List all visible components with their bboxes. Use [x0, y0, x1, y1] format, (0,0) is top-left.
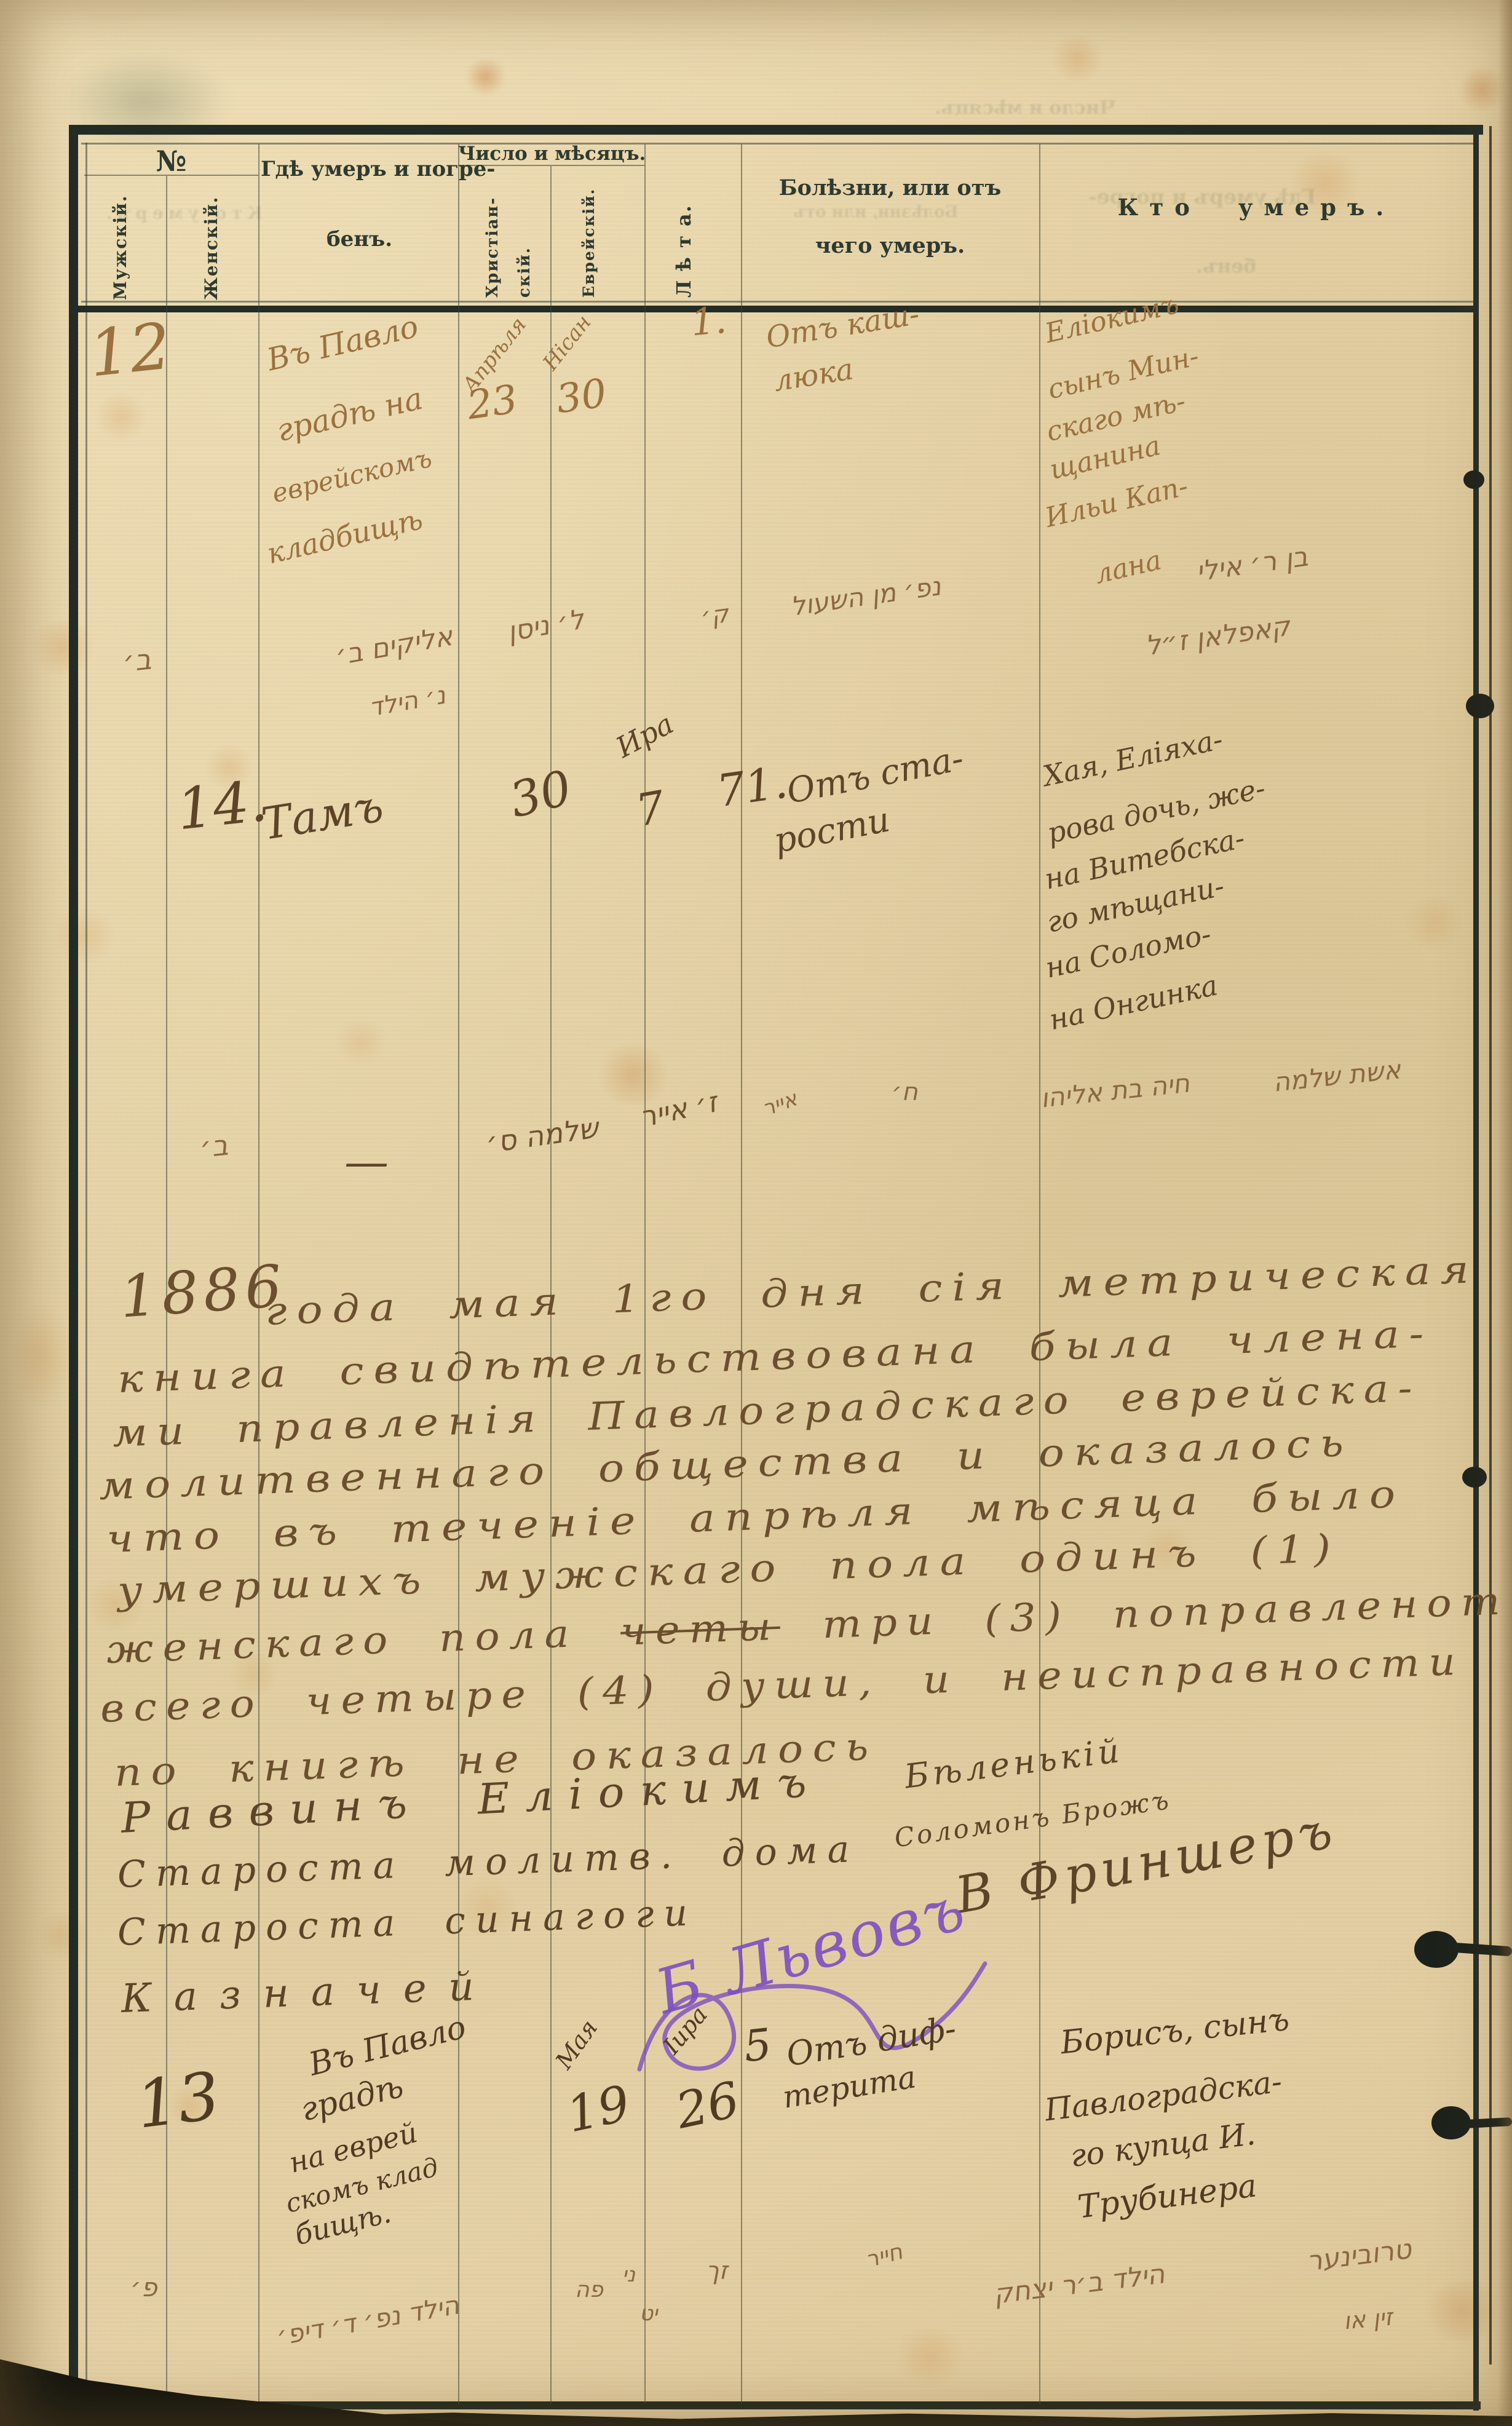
entry-13-hebrew-note: זך [706, 2258, 727, 2284]
entry-14-christian-day: 30 [505, 763, 577, 827]
column-header-female: Женскій. [203, 180, 220, 300]
rabbi-signature-name: Бѣленькій [903, 1734, 1125, 1795]
column-header-male: Мужскій. [112, 180, 129, 300]
column-header-where-line2: бенъ. [261, 229, 458, 251]
ink-blot [1463, 470, 1484, 489]
entry-12-hebrew-note: נפ׳ מן השעול [789, 573, 943, 620]
entry-13-hebrew-note: יט [639, 2303, 658, 2325]
table-frame-top [69, 125, 1483, 135]
entry-14-hebrew-note: אייר [760, 1088, 801, 1120]
entry-12-who-line: лана [1092, 546, 1164, 589]
entry-13-hebrew-note: פה [575, 2278, 603, 2302]
entry-14-cause-line: рости [771, 802, 893, 860]
treasurer-role: Казначей [121, 1966, 497, 2020]
foxing-stain [1402, 898, 1466, 947]
entry-12-place-line: градѣ на [274, 383, 425, 447]
attestation-line7-struck-word: четы [620, 1604, 781, 1654]
foxing-stain [92, 394, 151, 440]
page-right-edge [1498, 0, 1512, 2426]
table-frame-top-inner-line [81, 143, 1473, 145]
column-header-no: № [84, 146, 258, 176]
attestation-line7-post: три (3) поправленоты [779, 1577, 1512, 1649]
foxing-stain [28, 621, 98, 673]
entry-12-hebrew-note: ק׳ [699, 601, 730, 630]
metrical-book-scan-page: № Мужскій. Женскій. Гдѣ умеръ и погре- б… [0, 0, 1512, 2426]
table-frame-left-inner-line [85, 143, 87, 2408]
entry-12-hebrew-note: נ׳ הילד [367, 682, 447, 721]
entry-12-christian-day: 23 [465, 379, 520, 427]
entry-14-age: 71. [714, 759, 790, 815]
column-header-christian-line1: Христіан- [485, 177, 501, 298]
entry-13-hebrew-note: הילד נפ׳ ד׳ דיפ׳ [274, 2291, 461, 2350]
entry-12-number: 12 [86, 312, 174, 387]
header-separator-thin [81, 301, 1473, 303]
attestation-line7-pre: женскаго пола [106, 1609, 621, 1672]
entry-14-who-line: на Онгинка [1047, 970, 1220, 1035]
prayer-house-elder-role: Староста молитв. дома [117, 1830, 860, 1895]
bleedthrough-dategroup: Число и мѣсяцъ. [935, 97, 1116, 119]
bleedthrough-cause: Болѣзни, или отъ [793, 203, 959, 221]
entry-13-hebrew-note: חייר [863, 2240, 905, 2272]
column-header-where-line1: Гдѣ умеръ и погре- [261, 159, 458, 181]
entry-13-number: 13 [133, 2061, 223, 2139]
entry-13-christian-month: Мая [552, 2016, 602, 2074]
bleedthrough-where1: Гдѣ умеръ и погре- [1088, 184, 1316, 208]
entry-13-hebrew-note: פ׳ [130, 2274, 157, 2301]
entry-14-hebrew-note: ח׳ [892, 1079, 918, 1105]
entry-12-hebrew-note: בן ר׳ אילי [1195, 543, 1310, 587]
entry-12-jewish-month: Нісан [540, 312, 596, 375]
entry-14-hebrew-note: שלמה ס׳ [485, 1112, 601, 1157]
entry-12-hebrew-note: אליקים ב׳ [333, 622, 454, 671]
foxing-stain [464, 58, 507, 95]
entry-14-jewish-day: 7 [633, 784, 668, 834]
entry-13-who-line: Борисъ, сынъ [1059, 2003, 1291, 2060]
column-header-cause-line1: Болѣзни, или отъ [741, 177, 1039, 200]
entry-12-who-line: Еліокимъ [1043, 290, 1182, 349]
foxing-stain [593, 1045, 673, 1104]
entry-13-jewish-day: 26 [671, 2074, 743, 2137]
entry-13-who-line: Трубинера [1076, 2169, 1259, 2224]
entry-14-hebrew-note: ב׳ [199, 1130, 230, 1163]
entry-12-cause-line: люка [772, 354, 855, 397]
column-header-jewish: Еврейскій. [581, 175, 596, 298]
ink-blot [1462, 1467, 1487, 1488]
entry-13-hebrew-note: ני [622, 2264, 635, 2286]
column-header-christian-line2: скій. [517, 177, 532, 298]
entry-13-age: 5 [742, 2022, 774, 2070]
entry-12-place-line: Въ Павло [264, 311, 421, 376]
entry-13-hebrew-note: טרובינער [1305, 2235, 1413, 2277]
entry-12-hebrew-note: קאפלאן ז״ל [1144, 612, 1292, 661]
foxing-stain [52, 910, 117, 962]
page-gutter-line [1489, 126, 1492, 2365]
entry-14-place: Тамъ [258, 783, 386, 848]
entry-13-christian-day: 19 [562, 2077, 634, 2141]
synagogue-elder-role: Староста синагоги [117, 1893, 698, 1952]
entry-13-who-line: го купца И. [1069, 2118, 1257, 2173]
entry-13-hebrew-note: הילד ב׳ר יצחק [992, 2260, 1166, 2309]
bleedthrough-who: Кто умеръ. [101, 203, 263, 223]
bleedthrough-where2: бенъ. [1196, 255, 1256, 277]
foxing-stain [34, 1913, 92, 1959]
entry-13-hebrew-note: זין או [1342, 2305, 1393, 2334]
entry-12-place-line: еврейскомъ [269, 445, 434, 508]
column-line-where-date [458, 144, 459, 2404]
foxing-stain [12, 1304, 71, 1408]
entry-12-hebrew-note: ב׳ [122, 644, 153, 677]
entry-14-number: 14. [174, 772, 270, 840]
table-frame-left [69, 125, 78, 2419]
entry-14-hebrew-note: ז׳ אייר [637, 1087, 719, 1132]
entry-12-age: 1. [689, 301, 728, 343]
attestation-year: 1886 [118, 1256, 288, 1328]
ink-blot [1466, 694, 1494, 718]
foxing-stain [332, 1021, 390, 1064]
entry-14-who-line: Хая, Еліяха- [1040, 724, 1225, 791]
entry-14-hebrew-note: אשת שלמה [1272, 1056, 1402, 1096]
column-header-age: Л ѣ т а. [674, 167, 694, 298]
entry-12-jewish-day: 30 [554, 373, 609, 421]
entry-14-cause-line: Отъ ста- [784, 741, 967, 811]
stamp-smudge [58, 52, 231, 151]
column-header-date-group: Число и мѣсяцъ. [458, 144, 644, 164]
column-header-cause-line2: чего умеръ. [741, 235, 1039, 258]
entry-12-place-line: кладбищѣ [264, 504, 425, 569]
foxing-stain [892, 2331, 968, 2383]
entry-14-hebrew-note: חיה בת אליהו [1039, 1069, 1190, 1112]
entry-12-hebrew-note: ל׳ ניסן [505, 605, 586, 646]
header-separator-thick [73, 306, 1478, 312]
foxing-stain [1048, 37, 1107, 80]
entry-14-hebrew-dash: — [344, 1139, 389, 1186]
